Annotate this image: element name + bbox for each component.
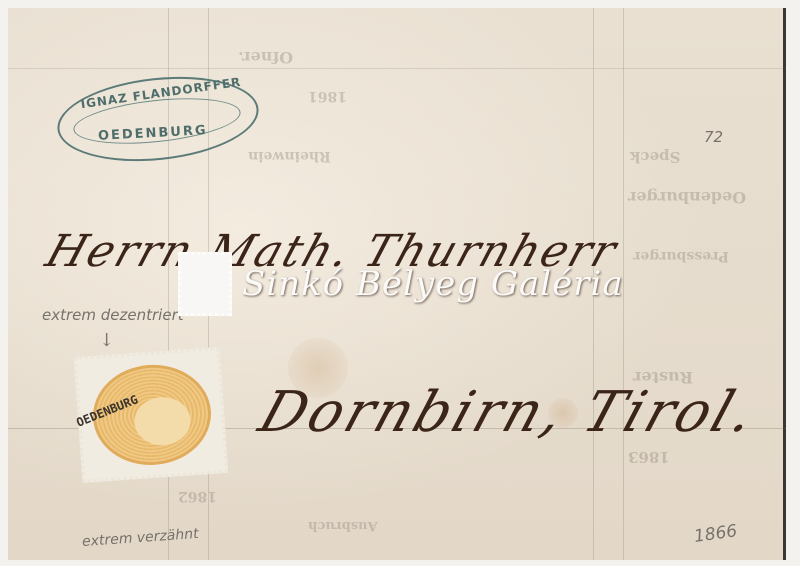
print-row-line (8, 68, 786, 69)
pencil-arrow-icon: ↓ (99, 330, 114, 351)
watermark-stamp-icon (178, 252, 232, 316)
ghost-print: Pressburger (633, 248, 729, 264)
watermark: Sinkó Bélyeg Galéria (178, 252, 624, 316)
address-line-2: Dornbirn, Tirol. (251, 380, 765, 445)
ghost-print: Ofner. (238, 48, 293, 67)
watermark-text: Sinkó Bélyeg Galéria (242, 264, 624, 304)
stamp-eagle-emblem (133, 395, 192, 447)
ghost-print: Oedenburger (628, 188, 746, 207)
ghost-print: 1862 (178, 488, 217, 504)
pencil-note-number: 72 (704, 128, 723, 146)
ghost-print: Rheinwein (248, 148, 331, 164)
postage-stamp: OEDENBURG (74, 347, 228, 483)
ghost-print: Ausbruch (308, 518, 378, 533)
pencil-note-decentered: extrem dezentriert (42, 306, 184, 324)
ghost-print: 1861 (308, 88, 347, 104)
ghost-print: 1863 (628, 448, 670, 466)
ghost-print: Speck (630, 148, 680, 166)
